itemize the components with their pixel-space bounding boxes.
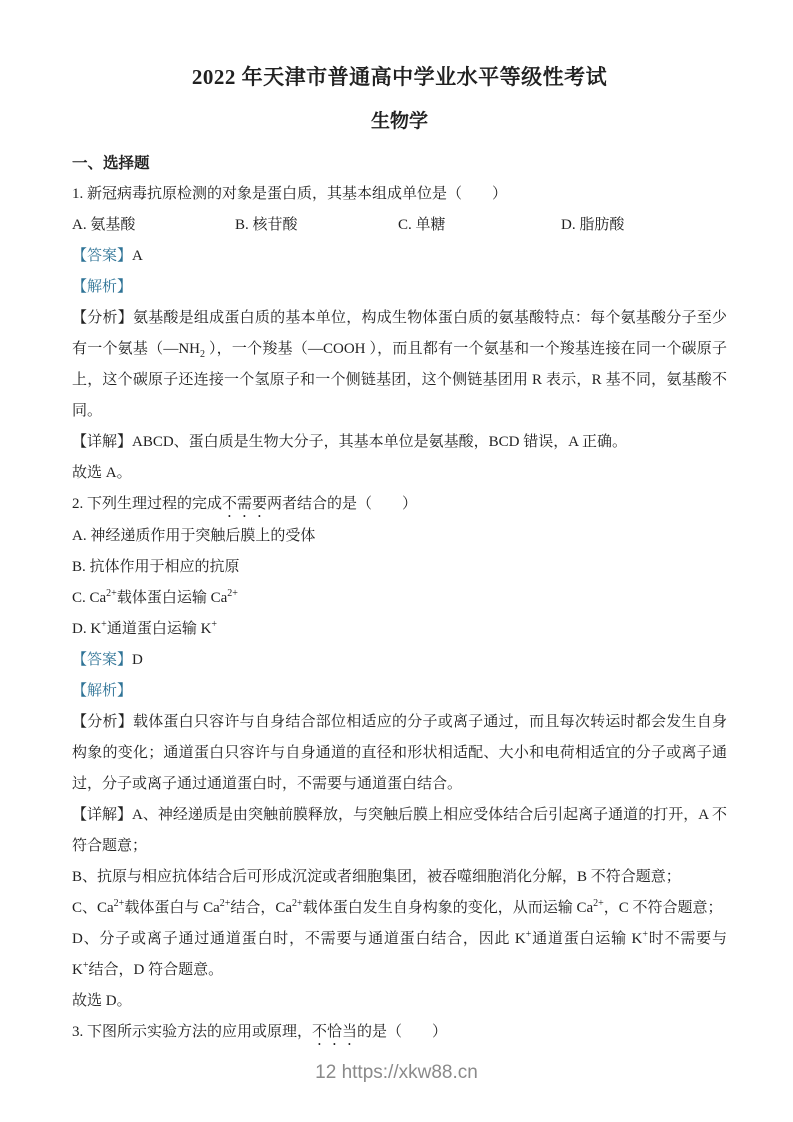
q1-analysis: 【分析】氨基酸是组成蛋白质的基本单位，构成生物体蛋白质的氨基酸特点：每个氨基酸分… (72, 303, 727, 427)
page-footer: 12 https://xkw88.cn (0, 1062, 793, 1084)
q2-detail-c: C、Ca2+载体蛋白与 Ca2+结合，Ca2+载体蛋白发生自身构象的变化，从而运… (72, 893, 727, 924)
bracket-label: 【解析】 (72, 279, 132, 295)
option-item: C. 单糖 (398, 210, 561, 241)
q1-answer: 【答案】A (72, 241, 727, 272)
q1-jiexi-label: 【解析】 (72, 272, 727, 303)
q2-stem: 2. 下列生理过程的完成不需要两者结合的是（ ） (72, 489, 727, 521)
option-item: D. 脂肪酸 (561, 210, 624, 241)
q2-option-b: B. 抗体作用于相应的抗原 (72, 552, 727, 583)
document-body: 1. 新冠病毒抗原检测的对象是蛋白质，其基本组成单位是（ ）A. 氨基酸B. 核… (72, 179, 727, 1049)
q2-detail-b: B、抗原与相应抗体结合后可形成沉淀或者细胞集团，被吞噬细胞消化分解，B 不符合题… (72, 862, 727, 893)
bracket-label: 【答案】 (72, 248, 132, 264)
document-page: 2022 年天津市普通高中学业水平等级性考试 生物学 一、选择题 1. 新冠病毒… (0, 0, 793, 1122)
q2-option-c: C. Ca2+载体蛋白运输 Ca2+ (72, 583, 727, 614)
document-title: 2022 年天津市普通高中学业水平等级性考试 (72, 62, 727, 92)
bracket-label: 【解析】 (72, 683, 132, 699)
q1-detail: 【详解】ABCD、蛋白质是生物大分子，其基本单位是氨基酸，BCD 错误，A 正确… (72, 427, 727, 458)
q2-option-a: A. 神经递质作用于突触后膜上的受体 (72, 521, 727, 552)
bracket-label: 【答案】 (72, 652, 132, 668)
q2-answer: 【答案】D (72, 645, 727, 676)
q2-option-d: D. K+通道蛋白运输 K+ (72, 614, 727, 645)
section-heading: 一、选择题 (72, 148, 727, 179)
option-item: A. 氨基酸 (72, 210, 235, 241)
q2-jiexi-label: 【解析】 (72, 676, 727, 707)
q2-conclusion: 故选 D。 (72, 986, 727, 1017)
option-item: B. 核苷酸 (235, 210, 398, 241)
q2-analysis: 【分析】载体蛋白只容许与自身结合部位相适应的分子或离子通过，而且每次转运时都会发… (72, 707, 727, 800)
q1-conclusion: 故选 A。 (72, 458, 727, 489)
document-subtitle: 生物学 (72, 108, 727, 136)
q3-stem: 3. 下图所示实验方法的应用或原理，不恰当的是（ ） (72, 1017, 727, 1049)
q1-stem: 1. 新冠病毒抗原检测的对象是蛋白质，其基本组成单位是（ ） (72, 179, 727, 210)
q1-options: A. 氨基酸B. 核苷酸C. 单糖D. 脂肪酸 (72, 210, 727, 241)
q2-detail-a: 【详解】A、神经递质是由突触前膜释放，与突触后膜上相应受体结合后引起离子通道的打… (72, 800, 727, 862)
q2-detail-d: D、分子或离子通过通道蛋白时，不需要与通道蛋白结合，因此 K+通道蛋白运输 K+… (72, 924, 727, 986)
